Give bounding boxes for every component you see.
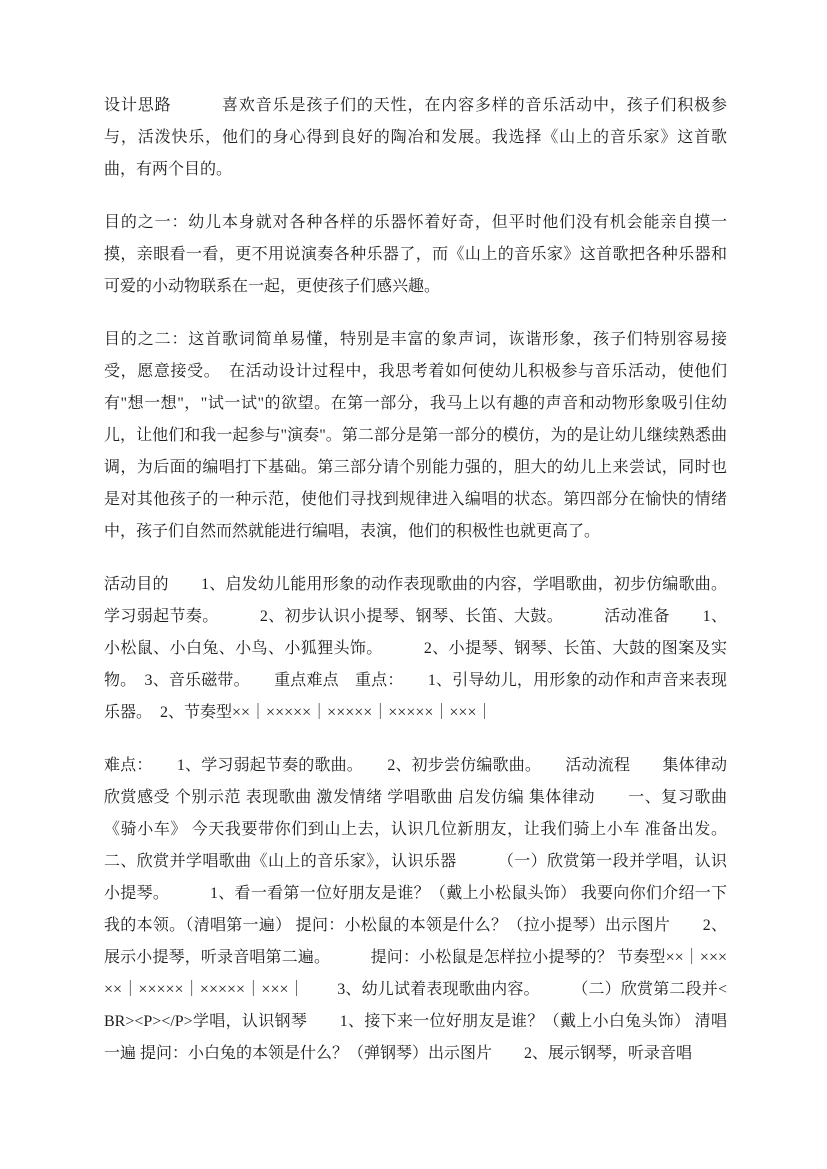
paragraph-activity-goals-preparation: 活动目的 1、启发幼儿能用形象的动作表现歌曲的内容，学唱歌曲，初步仿编歌曲。学习…	[104, 569, 727, 729]
paragraph-goal-one: 目的之一：幼儿本身就对各种各样的乐器怀着好奇，但平时他们没有机会能亲自摸一摸，亲…	[104, 207, 727, 303]
paragraph-goal-two: 目的之二：这首歌词简单易懂，特别是丰富的象声词，诙谐形象，孩子们特别容易接受，愿…	[104, 324, 727, 548]
paragraph-difficulties-and-process: 难点： 1、学习弱起节奏的歌曲。 2、初步尝仿编歌曲。 活动流程 集体律动 欣赏…	[104, 750, 727, 1070]
paragraph-design-intent: 设计思路 喜欢音乐是孩子们的天性，在内容多样的音乐活动中，孩子们积极参与，活泼快…	[104, 90, 727, 186]
document-page: 设计思路 喜欢音乐是孩子们的天性，在内容多样的音乐活动中，孩子们积极参与，活泼快…	[0, 0, 827, 1169]
